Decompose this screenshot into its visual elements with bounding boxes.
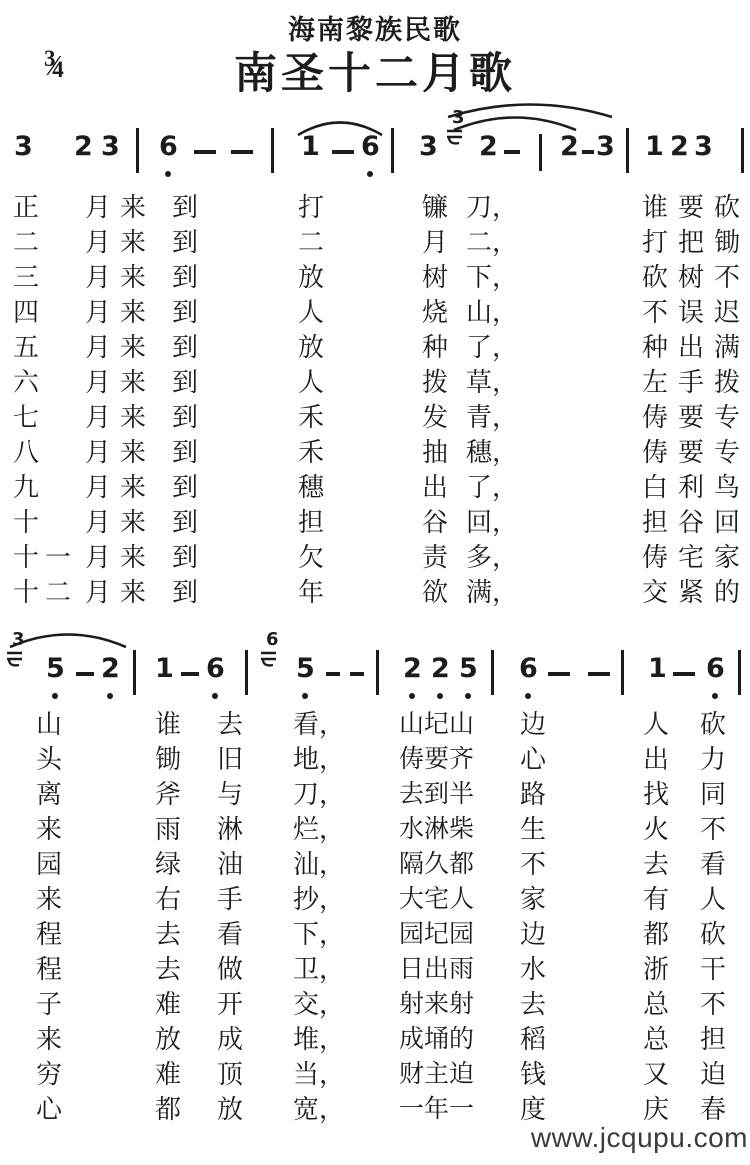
lyric-cell: 来 <box>36 815 62 845</box>
duration-dash <box>194 150 216 154</box>
lyric-cell: 放 <box>217 1095 243 1125</box>
lyric-cell: 月 <box>85 543 111 573</box>
lyric-cell: 去 <box>155 955 181 985</box>
barline <box>491 650 494 695</box>
octave-dot <box>107 693 113 699</box>
slur-arc <box>452 113 578 133</box>
lyric-cell: 镰 <box>422 193 448 223</box>
barline <box>136 128 139 173</box>
barline <box>376 650 379 695</box>
note-number: 3 <box>419 132 438 162</box>
lyric-cell: 一年一 <box>399 1095 474 1125</box>
lyric-cell: 去 <box>217 710 243 740</box>
lyric-cell: 刀， <box>293 780 345 810</box>
lyric-cell: 欲 <box>422 578 448 608</box>
octave-dot <box>165 171 171 177</box>
lyric-cell: 刀， <box>466 193 518 223</box>
song-title: 南圣十二月歌 <box>0 40 750 101</box>
duration-dash <box>326 672 340 676</box>
lyric-cell: 去 <box>520 990 546 1020</box>
note-number: 1 <box>648 654 667 684</box>
lyric-cell: 正 <box>13 193 45 223</box>
lyric-cell: 俦宅家 <box>642 543 750 573</box>
lyric-cell: 六 <box>13 368 45 398</box>
lyric-cell: 来 <box>120 438 146 468</box>
lyric-cell: 大宅人 <box>399 885 474 915</box>
lyric-cell: 水淋柴 <box>399 815 474 845</box>
lyric-cell: 到 <box>172 403 198 433</box>
duration-dash <box>76 672 94 676</box>
duration-dash <box>504 150 520 154</box>
lyric-cell: 边 <box>520 710 546 740</box>
lyric-cell: 穗 <box>298 473 324 503</box>
lyric-cell: 月 <box>85 193 111 223</box>
lyric-cell: 头 <box>36 745 62 775</box>
lyric-cell: 右 <box>155 885 181 915</box>
octave-dot <box>52 693 58 699</box>
lyric-cell: 年 <box>298 578 324 608</box>
lyric-cell: 到 <box>172 193 198 223</box>
note-number: 5 <box>459 654 478 684</box>
grace-note: 6 <box>266 630 279 650</box>
lyric-cell: 月 <box>85 368 111 398</box>
lyric-cell: 地， <box>293 745 345 775</box>
sheet-music-page: 海南黎族民歌 南圣十二月歌 3⁄4 32361633223123 正月来到打镰刀… <box>0 0 750 1165</box>
lyric-cell: 开 <box>217 990 243 1020</box>
lyric-cell: 生 <box>520 815 546 845</box>
lyric-cell: 看 <box>700 850 726 880</box>
lyric-cell: 放 <box>298 263 324 293</box>
lyric-cell: 月 <box>85 578 111 608</box>
note-number: 3 <box>596 132 615 162</box>
lyric-cell: 来 <box>120 368 146 398</box>
note-number: 3 <box>14 132 33 162</box>
lyric-cell: 去 <box>643 850 669 880</box>
lyric-cell: 来 <box>120 543 146 573</box>
duration-dash <box>332 150 354 154</box>
lyric-cell: 谷 <box>422 508 448 538</box>
lyric-cell: 月 <box>85 508 111 538</box>
octave-dot <box>525 693 531 699</box>
lyric-cell: 烂， <box>293 815 345 845</box>
lyric-cell: 总 <box>643 990 669 1020</box>
lyric-cell: 九 <box>13 473 45 503</box>
lyrics-section-2: 山谁去看，山圮山边人砍头锄旧地，俦要齐心出力离斧与刀，去到半路找同来雨淋烂，水淋… <box>0 710 750 1130</box>
time-signature: 3⁄4 <box>44 46 64 83</box>
note-number: 1 <box>645 132 664 162</box>
lyric-cell: 到 <box>172 438 198 468</box>
lyric-cell: 青， <box>466 403 518 433</box>
note-number: 2 <box>101 654 120 684</box>
lyric-cell: 到 <box>172 473 198 503</box>
lyric-cell: 回， <box>466 508 518 538</box>
lyric-cell: 八 <box>13 438 45 468</box>
lyric-cell: 手 <box>217 885 243 915</box>
octave-dot <box>367 171 373 177</box>
note-number: 1 <box>301 132 320 162</box>
lyric-cell: 不 <box>700 990 726 1020</box>
lyric-cell: 穗， <box>466 438 518 468</box>
lyric-cell: 山圮山 <box>399 710 474 740</box>
lyric-cell: 到 <box>172 578 198 608</box>
octave-dot <box>437 693 443 699</box>
lyric-cell: 二， <box>466 228 518 258</box>
time-signature-denominator: 4 <box>52 57 64 82</box>
lyric-cell: 担 <box>298 508 324 538</box>
lyric-cell: 放 <box>298 333 324 363</box>
lyric-cell: 射来射 <box>399 990 474 1020</box>
lyric-cell: 俦要专 <box>642 438 750 468</box>
duration-dash <box>181 672 199 676</box>
duration-dash <box>350 672 364 676</box>
lyric-cell: 出 <box>422 473 448 503</box>
lyric-cell: 到 <box>172 543 198 573</box>
lyric-cell: 下， <box>466 263 518 293</box>
lyric-cell: 草， <box>466 368 518 398</box>
barline <box>245 650 248 695</box>
lyric-cell: 月 <box>85 438 111 468</box>
lyric-cell: 十二 <box>13 578 77 608</box>
lyric-cell: 去到半 <box>399 780 474 810</box>
duration-dash <box>582 150 594 154</box>
lyric-cell: 宽， <box>293 1095 345 1125</box>
lyric-cell: 油 <box>217 850 243 880</box>
lyric-cell: 旧 <box>217 745 243 775</box>
note-number: 2 <box>560 132 579 162</box>
lyric-cell: 月 <box>85 403 111 433</box>
lyric-cell: 月 <box>85 263 111 293</box>
lyric-cell: 来 <box>120 263 146 293</box>
lyric-cell: 欠 <box>298 543 324 573</box>
lyric-cell: 七 <box>13 403 45 433</box>
lyric-cell: 二 <box>298 228 324 258</box>
lyric-cell: 担谷回 <box>642 508 750 538</box>
note-number: 6 <box>519 654 538 684</box>
lyric-cell: 干 <box>700 955 726 985</box>
lyric-cell: 拨 <box>422 368 448 398</box>
lyric-cell: 水 <box>520 955 546 985</box>
barline <box>391 128 394 173</box>
lyric-cell: 五 <box>13 333 45 363</box>
lyric-cell: 到 <box>172 333 198 363</box>
lyric-cell: 子 <box>36 990 62 1020</box>
lyric-cell: 成埇的 <box>399 1025 474 1055</box>
lyric-cell: 不误迟 <box>642 298 750 328</box>
lyric-cell: 抽 <box>422 438 448 468</box>
lyric-cell: 锄 <box>155 745 181 775</box>
lyric-cell: 都 <box>643 920 669 950</box>
lyric-cell: 二 <box>13 228 45 258</box>
note-number: 2 <box>74 132 93 162</box>
lyric-cell: 隔久都 <box>399 850 474 880</box>
note-number: 3 <box>694 132 713 162</box>
lyric-cell: 四 <box>13 298 45 328</box>
lyric-cell: 责 <box>422 543 448 573</box>
lyric-cell: 禾 <box>298 438 324 468</box>
lyric-cell: 心 <box>520 745 546 775</box>
grace-hook-icon <box>5 650 27 672</box>
note-number: 5 <box>296 654 315 684</box>
lyric-cell: 左手拨 <box>642 368 750 398</box>
grace-hook-icon <box>259 650 281 672</box>
lyric-cell: 来 <box>120 228 146 258</box>
lyric-cell: 人 <box>298 298 324 328</box>
lyric-cell: 打把锄 <box>642 228 750 258</box>
lyric-cell: 到 <box>172 263 198 293</box>
lyric-cell: 去 <box>155 920 181 950</box>
lyric-cell: 到 <box>172 508 198 538</box>
lyric-cell: 穷 <box>36 1060 62 1090</box>
duration-dash <box>673 672 695 676</box>
lyric-cell: 度 <box>520 1095 546 1125</box>
lyric-cell: 看， <box>293 710 345 740</box>
lyric-cell: 总 <box>643 1025 669 1055</box>
lyric-cell: 雨 <box>155 815 181 845</box>
lyric-cell: 迫 <box>700 1060 726 1090</box>
slur-arc <box>8 630 128 650</box>
lyric-cell: 绿 <box>155 850 181 880</box>
lyric-cell: 来 <box>120 333 146 363</box>
lyric-cell: 稻 <box>520 1025 546 1055</box>
lyric-cell: 不 <box>520 850 546 880</box>
lyric-cell: 程 <box>36 920 62 950</box>
lyric-cell: 谁 <box>155 710 181 740</box>
lyric-cell: 来 <box>120 473 146 503</box>
lyric-cell: 白利鸟 <box>642 473 750 503</box>
lyric-cell: 满， <box>466 578 518 608</box>
lyric-cell: 砍 <box>700 920 726 950</box>
octave-dot <box>465 693 471 699</box>
lyric-cell: 出 <box>643 745 669 775</box>
octave-dot <box>302 693 308 699</box>
lyric-cell: 禾 <box>298 403 324 433</box>
lyric-cell: 找 <box>643 780 669 810</box>
lyric-cell: 路 <box>520 780 546 810</box>
notation-line-1: 32361633223123 <box>0 126 750 196</box>
lyric-cell: 离 <box>36 780 62 810</box>
lyric-cell: 园 <box>36 850 62 880</box>
lyric-cell: 谁要砍 <box>642 193 750 223</box>
lyric-cell: 做 <box>217 955 243 985</box>
lyric-cell: 抄， <box>293 885 345 915</box>
watermark-url: www.jcqupu.com <box>531 1122 748 1154</box>
lyric-cell: 俦要专 <box>642 403 750 433</box>
lyric-cell: 月 <box>85 333 111 363</box>
lyric-cell: 山 <box>36 710 62 740</box>
note-number: 2 <box>403 654 422 684</box>
octave-dot <box>409 693 415 699</box>
lyric-cell: 难 <box>155 990 181 1020</box>
lyric-cell: 多， <box>466 543 518 573</box>
octave-dot <box>212 693 218 699</box>
lyric-cell: 担 <box>700 1025 726 1055</box>
note-number: 5 <box>46 654 65 684</box>
lyric-cell: 来 <box>120 403 146 433</box>
lyric-cell: 打 <box>298 193 324 223</box>
lyric-cell: 来 <box>120 193 146 223</box>
lyric-cell: 同 <box>700 780 726 810</box>
lyric-cell: 当， <box>293 1060 345 1090</box>
barline <box>738 650 741 695</box>
barline <box>626 128 629 173</box>
duration-dash <box>231 150 253 154</box>
lyric-cell: 放 <box>155 1025 181 1055</box>
lyric-cell: 十一 <box>13 543 77 573</box>
lyric-cell: 心 <box>36 1095 62 1125</box>
lyric-cell: 树 <box>422 263 448 293</box>
lyric-cell: 来 <box>120 578 146 608</box>
lyric-cell: 到 <box>172 228 198 258</box>
lyric-cell: 火 <box>643 815 669 845</box>
barline <box>133 650 136 695</box>
lyric-cell: 人 <box>298 368 324 398</box>
lyric-cell: 人 <box>643 710 669 740</box>
lyric-cell: 庆 <box>643 1095 669 1125</box>
lyric-cell: 财主迫 <box>399 1060 474 1090</box>
lyric-cell: 卫， <box>293 955 345 985</box>
note-number: 2 <box>670 132 689 162</box>
lyric-cell: 力 <box>700 745 726 775</box>
lyric-cell: 看 <box>217 920 243 950</box>
lyric-cell: 浙 <box>643 955 669 985</box>
barline <box>539 134 542 171</box>
lyric-cell: 山， <box>466 298 518 328</box>
lyric-cell: 月 <box>422 228 448 258</box>
lyric-cell: 下， <box>293 920 345 950</box>
lyric-cell: 来 <box>36 885 62 915</box>
lyric-cell: 砍树不 <box>642 263 750 293</box>
lyric-cell: 有 <box>643 885 669 915</box>
barline <box>271 128 274 173</box>
duration-dash <box>588 672 610 676</box>
note-number: 2 <box>479 132 498 162</box>
lyric-cell: 与 <box>217 780 243 810</box>
lyrics-section-1: 正月来到打镰刀，谁要砍二月来到二月二，打把锄三月来到放树下，砍树不四月来到人烧山… <box>0 193 750 613</box>
barline <box>621 650 624 695</box>
lyric-cell: 钱 <box>520 1060 546 1090</box>
lyric-cell: 程 <box>36 955 62 985</box>
note-number: 6 <box>159 132 178 162</box>
note-number: 1 <box>155 654 174 684</box>
lyric-cell: 都 <box>155 1095 181 1125</box>
lyric-cell: 斧 <box>155 780 181 810</box>
lyric-cell: 砍 <box>700 710 726 740</box>
lyric-cell: 交， <box>293 990 345 1020</box>
lyric-cell: 了， <box>466 473 518 503</box>
lyric-cell: 了， <box>466 333 518 363</box>
lyric-cell: 汕， <box>293 850 345 880</box>
duration-dash <box>548 672 570 676</box>
lyric-cell: 淋 <box>217 815 243 845</box>
lyric-cell: 又 <box>643 1060 669 1090</box>
lyric-cell: 烧 <box>422 298 448 328</box>
lyric-cell: 种出满 <box>642 333 750 363</box>
lyric-cell: 顶 <box>217 1060 243 1090</box>
lyric-cell: 三 <box>13 263 45 293</box>
lyric-cell: 交紧的 <box>642 578 750 608</box>
lyric-cell: 园圮园 <box>399 920 474 950</box>
note-number: 2 <box>431 654 450 684</box>
lyric-cell: 月 <box>85 228 111 258</box>
note-number: 6 <box>361 132 380 162</box>
lyric-cell: 堆， <box>293 1025 345 1055</box>
lyric-cell: 到 <box>172 368 198 398</box>
lyric-cell: 月 <box>85 298 111 328</box>
lyric-cell: 人 <box>700 885 726 915</box>
lyric-cell: 边 <box>520 920 546 950</box>
lyric-cell: 不 <box>700 815 726 845</box>
lyric-cell: 来 <box>120 298 146 328</box>
lyric-cell: 种 <box>422 333 448 363</box>
lyric-cell: 到 <box>172 298 198 328</box>
lyric-cell: 春 <box>700 1095 726 1125</box>
lyric-cell: 月 <box>85 473 111 503</box>
note-number: 6 <box>206 654 225 684</box>
lyric-cell: 家 <box>520 885 546 915</box>
lyric-cell: 俦要齐 <box>399 745 474 775</box>
lyric-cell: 成 <box>217 1025 243 1055</box>
octave-dot <box>712 693 718 699</box>
notation-line-2: 3521665225616 <box>0 648 750 718</box>
lyric-cell: 来 <box>36 1025 62 1055</box>
lyric-cell: 发 <box>422 403 448 433</box>
note-number: 6 <box>706 654 725 684</box>
lyric-cell: 十 <box>13 508 45 538</box>
lyric-cell: 难 <box>155 1060 181 1090</box>
barline <box>741 128 744 173</box>
lyric-cell: 日出雨 <box>399 955 474 985</box>
note-number: 3 <box>101 132 120 162</box>
lyric-cell: 来 <box>120 508 146 538</box>
